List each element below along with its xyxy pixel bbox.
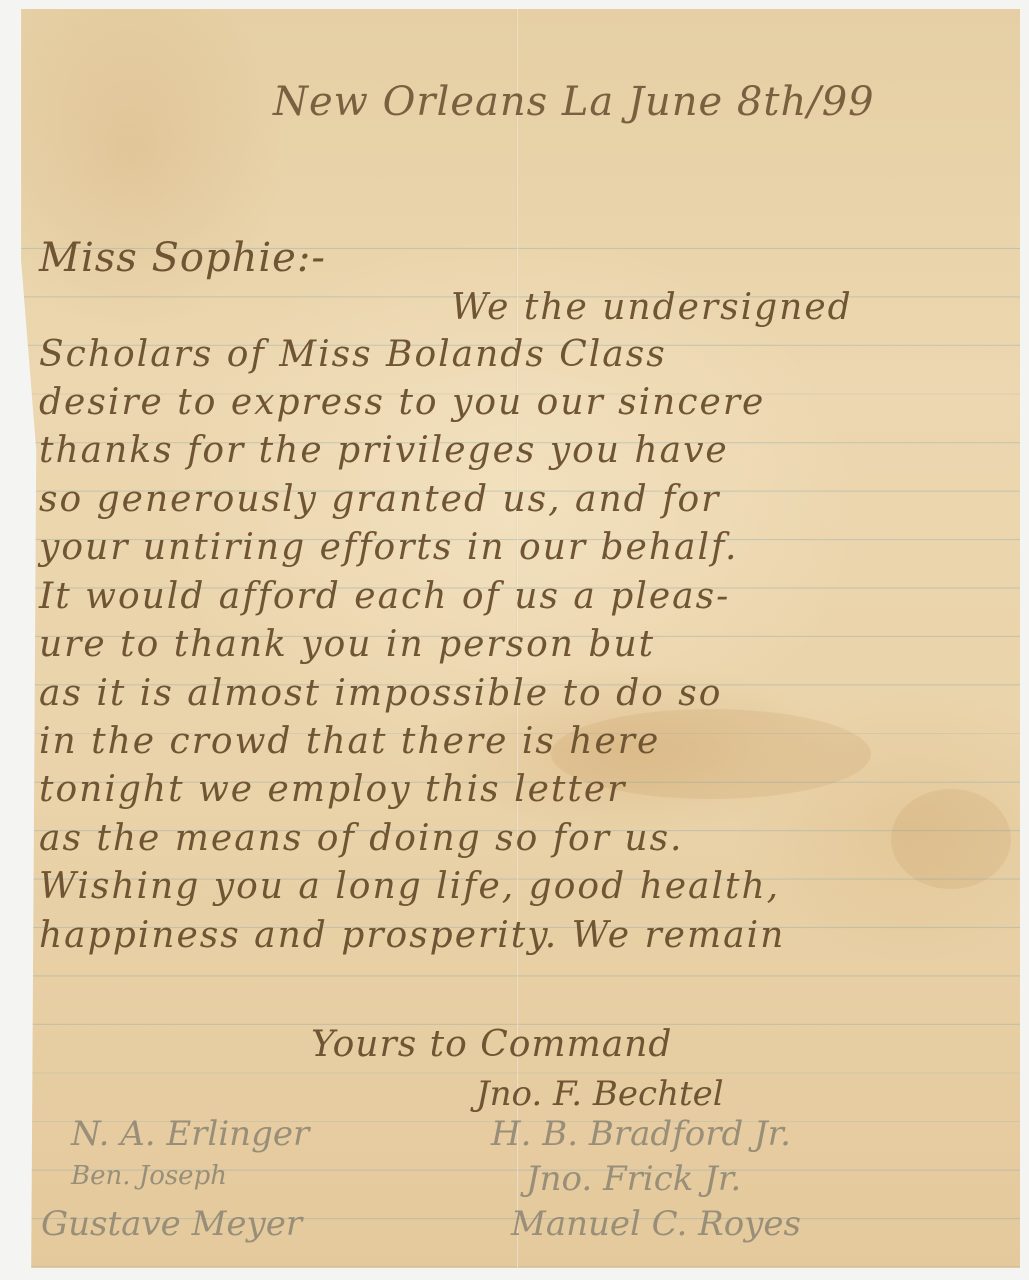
body-line: ure to thank you in person but <box>39 624 655 665</box>
signature: Jno. F. Bechtel <box>476 1074 724 1114</box>
body-line: so generously granted us, and for <box>39 479 720 520</box>
scan-viewport: New Orleans La June 8th/99 Miss Sophie:-… <box>0 0 1029 1280</box>
body-line: tonight we employ this letter <box>39 769 626 810</box>
body-line: your untiring efforts in our behalf. <box>39 527 738 568</box>
body-line: We the undersigned <box>451 287 853 328</box>
body-line: thanks for the privileges you have <box>39 430 729 471</box>
body-line: Wishing you a long life, good health, <box>39 866 780 907</box>
letter-salutation: Miss Sophie:- <box>39 235 326 281</box>
signature: Jno. Frick Jr. <box>526 1159 741 1199</box>
body-line: as it is almost impossible to do so <box>39 673 722 714</box>
signature: Ben. Joseph <box>71 1161 227 1191</box>
signature: H. B. Bradford Jr. <box>491 1114 791 1154</box>
body-line: happiness and prosperity. We remain <box>39 915 785 956</box>
signature: N. A. Erlinger <box>71 1114 309 1154</box>
letter-heading-place-date: New Orleans La June 8th/99 <box>273 79 875 125</box>
water-stain <box>891 789 1011 889</box>
letter-paper: New Orleans La June 8th/99 Miss Sophie:-… <box>11 9 1020 1268</box>
signature: Gustave Meyer <box>41 1204 302 1244</box>
body-line: Scholars of Miss Bolands Class <box>39 334 667 375</box>
signature: Manuel C. Royes <box>511 1204 801 1244</box>
body-line: in the crowd that there is here <box>39 721 660 762</box>
letter-closing: Yours to Command <box>311 1024 672 1065</box>
body-line: It would afford each of us a pleas- <box>39 576 730 617</box>
body-line: desire to express to you our sincere <box>39 382 765 423</box>
body-line: as the means of doing so for us. <box>39 818 683 859</box>
